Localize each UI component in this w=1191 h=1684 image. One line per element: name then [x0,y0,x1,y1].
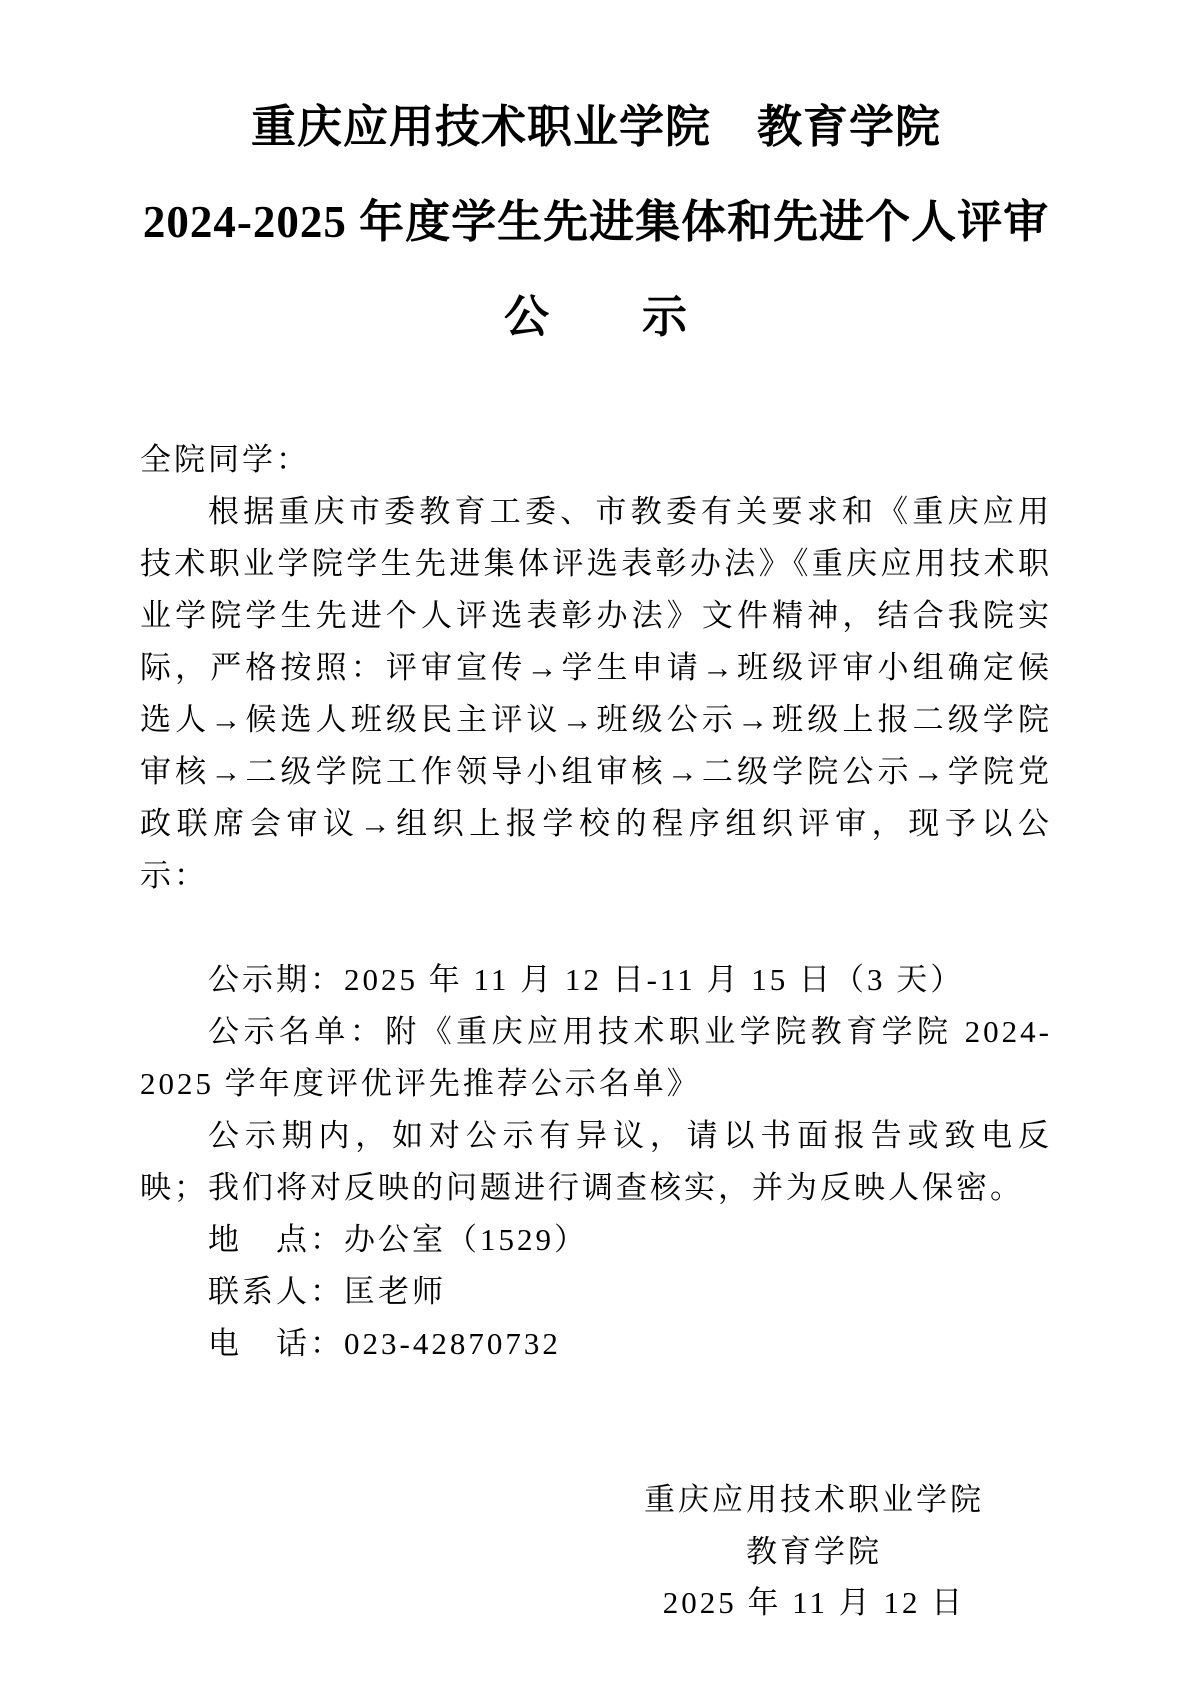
document-title-subject: 2024-2025 年度学生先进集体和先进个人评审 [140,175,1052,270]
document-title-org: 重庆应用技术职业学院 教育学院 [140,80,1052,175]
paragraph-phone: 电 话：023-42870732 [140,1318,1052,1370]
paragraph-intro: 根据重庆市委教育工委、市教委有关要求和《重庆应用技术职业学院学生先进集体评选表彰… [140,486,1052,902]
signature-block: 重庆应用技术职业学院 教育学院 2025 年 11 月 12 日 [604,1474,1024,1629]
blank-line [140,902,1052,954]
paragraph-publicity-list: 公示名单：附《重庆应用技术职业学院教育学院 2024-2025 学年度评优评先推… [140,1006,1052,1110]
document-body: 全院同学： 根据重庆市委教育工委、市教委有关要求和《重庆应用技术职业学院学生先进… [140,434,1052,1370]
signature-org-line2: 教育学院 [604,1526,1024,1578]
document-page: 重庆应用技术职业学院 教育学院 2024-2025 年度学生先进集体和先进个人评… [0,0,1191,1684]
document-header: 重庆应用技术职业学院 教育学院 2024-2025 年度学生先进集体和先进个人评… [140,80,1052,365]
paragraph-publicity-period: 公示期：2025 年 11 月 12 日-11 月 15 日（3 天） [140,954,1052,1006]
salutation: 全院同学： [140,434,1052,486]
paragraph-location: 地 点：办公室（1529） [140,1214,1052,1266]
signature-date: 2025 年 11 月 12 日 [604,1577,1024,1629]
paragraph-contact-person: 联系人：匡老师 [140,1266,1052,1318]
paragraph-objection-notice: 公示期内，如对公示有异议，请以书面报告或致电反映；我们将对反映的问题进行调查核实… [140,1110,1052,1214]
document-title-gongshi: 公 示 [140,270,1052,365]
signature-org-line1: 重庆应用技术职业学院 [604,1474,1024,1526]
